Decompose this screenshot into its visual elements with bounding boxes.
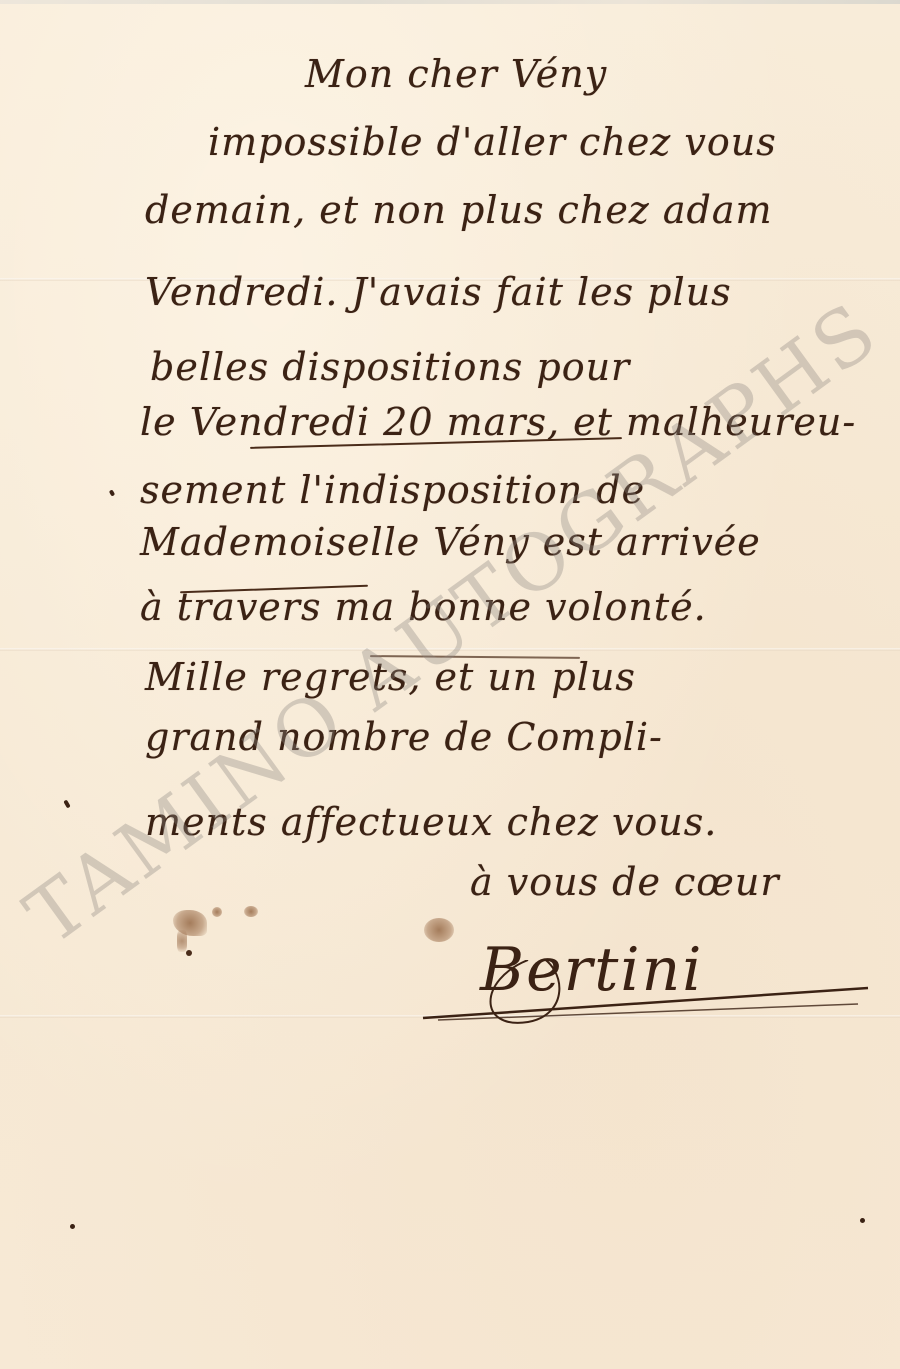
- letter-line: Mademoiselle Vény est arrivée: [140, 520, 761, 564]
- ink-stain: [177, 930, 187, 952]
- letter-line: impossible d'aller chez vous: [208, 120, 777, 164]
- letter-page: Mon cher Vény impossible d'aller chez vo…: [0, 0, 900, 1369]
- letter-line: grand nombre de Compli-: [145, 715, 663, 759]
- letter-line: Vendredi. J'avais fait les plus: [145, 270, 732, 314]
- signature-flourish-icon: [418, 960, 878, 1030]
- paper-top-edge: [0, 0, 900, 4]
- letter-line: Mille regrets, et un plus: [145, 655, 636, 699]
- ink-stain: [244, 906, 258, 917]
- letter-line: le Vendredi 20 mars, et malheureu-: [140, 400, 856, 444]
- ink-stain: [212, 907, 222, 917]
- ink-dot: [860, 1218, 865, 1223]
- fold-line: [0, 648, 900, 651]
- ink-mark: [109, 489, 115, 496]
- letter-line: ments affectueux chez vous.: [145, 800, 717, 844]
- ink-stain: [186, 950, 192, 956]
- letter-salutation: Mon cher Vény: [305, 52, 607, 96]
- letter-line: belles dispositions pour: [150, 345, 630, 389]
- letter-line: demain, et non plus chez adam: [145, 188, 773, 232]
- ink-dot: [70, 1224, 75, 1229]
- letter-line: sement l'indisposition de: [140, 468, 645, 512]
- ink-stain: [424, 918, 454, 942]
- letter-closing: à vous de cœur: [470, 860, 780, 904]
- ink-mark: [63, 800, 70, 809]
